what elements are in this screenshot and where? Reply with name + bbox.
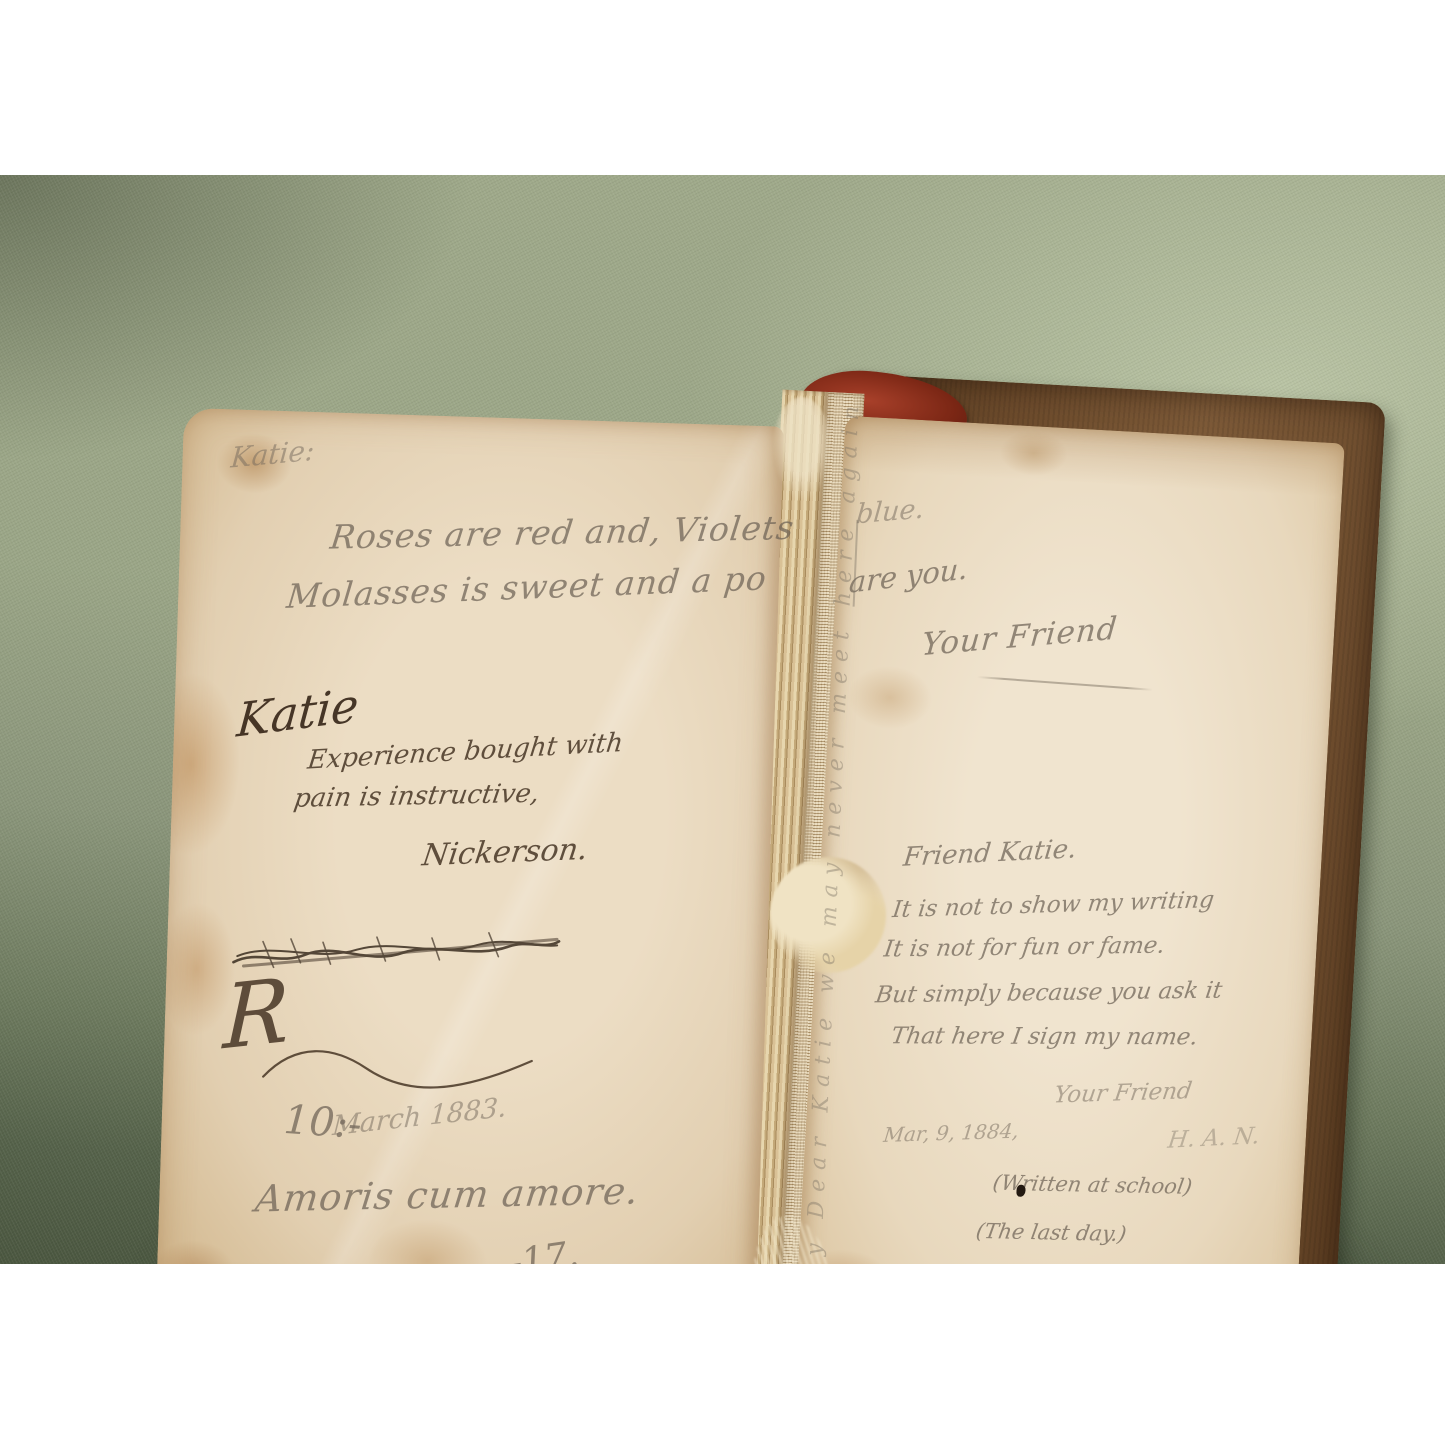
inscription-molasses-line: Molasses is sweet and a po	[285, 561, 768, 613]
inscription-poem-line4: That here I sign my name.	[889, 1025, 1199, 1049]
flourish-underline	[259, 1035, 541, 1100]
gutter-note-underlined-word: here	[831, 519, 860, 607]
photo-canvas: Katie: Roses are red and, Violets Molass…	[0, 0, 1445, 1445]
inscription-poem-line3: But simply because you ask it	[874, 980, 1224, 1008]
inscription-katie-top: Katie:	[230, 437, 316, 473]
binding-fray-top	[772, 397, 832, 502]
inscription-are-you: are you.	[848, 554, 968, 598]
inscription-date: Mar, 9, 1884,	[883, 1121, 1020, 1145]
inscription-last-day: (The last day.)	[975, 1221, 1128, 1245]
inscription-latin-note: Amoris cum amore.	[253, 1172, 641, 1217]
inscription-poem-line1: It is not to show my writing	[891, 889, 1215, 922]
photo-background: Katie: Roses are red and, Violets Molass…	[0, 175, 1445, 1264]
pencil-underline	[977, 676, 1153, 691]
left-page: Katie: Roses are red and, Violets Molass…	[156, 408, 784, 1264]
inscription-friend-katie: Friend Katie.	[902, 836, 1078, 871]
gutter-note-part2: again	[834, 397, 864, 520]
inscription-nickerson-signature: Nickerson.	[420, 835, 589, 872]
inscription-page-number: -17.	[507, 1237, 581, 1264]
inscription-blue: blue.	[855, 495, 925, 528]
inscription-your-friend-top: Your Friend	[920, 613, 1119, 661]
inscription-experience-line: Experience bought with	[306, 730, 624, 774]
right-page: blue. are you. Your Friend Friend Katie.…	[795, 416, 1344, 1264]
inscription-initials: H. A. N.	[1166, 1125, 1261, 1153]
inscription-katie-ink: Katie	[235, 681, 360, 743]
inscription-your-friend-closing: Your Friend	[1052, 1080, 1193, 1107]
inscription-poem-line2: It is not for fun or fame.	[882, 935, 1166, 962]
inscription-roses-line: Roses are red and, Violets	[328, 511, 796, 554]
inscription-pain-line: pain is instructive,	[292, 781, 541, 812]
